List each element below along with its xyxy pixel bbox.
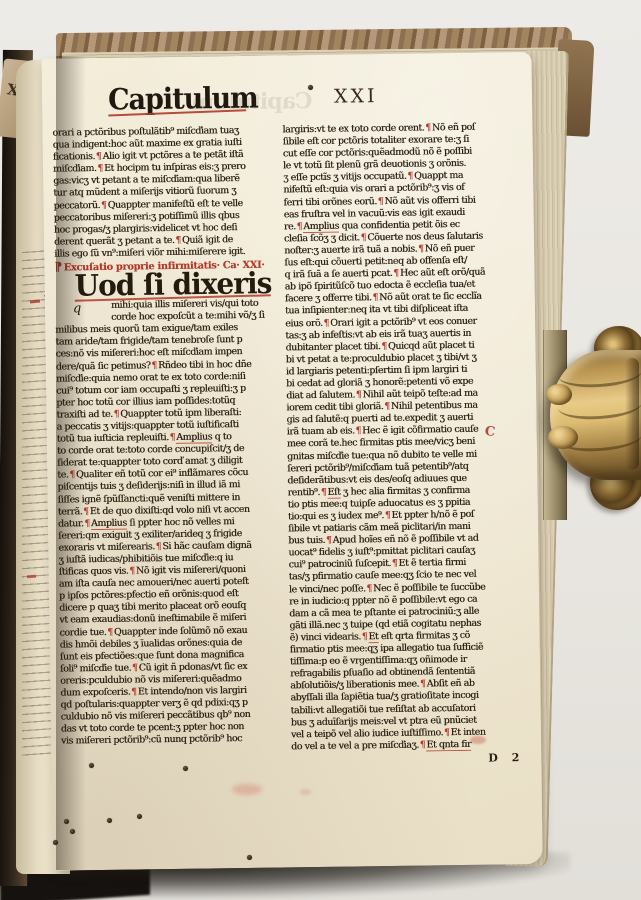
gutter-shadow xyxy=(56,56,86,870)
left-column-body-lines: milibus meis quorũ tam exigue/tam exiles… xyxy=(55,322,297,749)
wormhole xyxy=(308,85,313,90)
wormhole xyxy=(107,818,112,823)
wormhole xyxy=(247,855,252,860)
quire-signature: D 2 xyxy=(471,751,541,765)
incipit-indent-lines: q mihi:quia illis miſereri vis/qui totoc… xyxy=(55,297,291,324)
printed-page: Capitulum Capitulum XXI orari a pctõribu… xyxy=(41,52,542,871)
wormhole xyxy=(53,840,58,845)
facing-page-rubric-speck xyxy=(27,575,36,579)
wormhole xyxy=(70,829,75,834)
text-line: vis miſereri pctõrib⁹:cũ nunq pctõrib⁹ h… xyxy=(61,733,297,748)
book-photograph: { "photo": { "backdrop_color": "#e9e6e1"… xyxy=(0,0,641,900)
chapter-number: XXI xyxy=(334,85,378,108)
clasp-finger-tip xyxy=(548,426,578,449)
ink-stain xyxy=(300,789,311,795)
wormhole xyxy=(183,766,188,771)
clasp-finger-tip xyxy=(546,384,572,405)
wormhole xyxy=(64,819,69,824)
left-column-upper-lines: orari a pctõribus poſtulãtib⁹ miſcďiam t… xyxy=(52,124,290,260)
ink-stain xyxy=(470,736,486,744)
wormhole xyxy=(89,763,94,768)
red-margin-mark: C xyxy=(484,424,496,440)
indent-lines: mihi:quia illis miſereri vis/qui totocor… xyxy=(55,297,291,324)
wormhole xyxy=(137,814,142,819)
text-column-left: orari a pctõribus poſtulãtib⁹ miſcďiam t… xyxy=(52,124,297,748)
incipit-block: Uod ſi dixeris xyxy=(54,270,290,300)
ink-stain xyxy=(232,784,262,795)
page-surface: Capitulum Capitulum XXI orari a pctõribu… xyxy=(41,52,542,871)
clasp-knuckle-shading xyxy=(625,358,639,470)
